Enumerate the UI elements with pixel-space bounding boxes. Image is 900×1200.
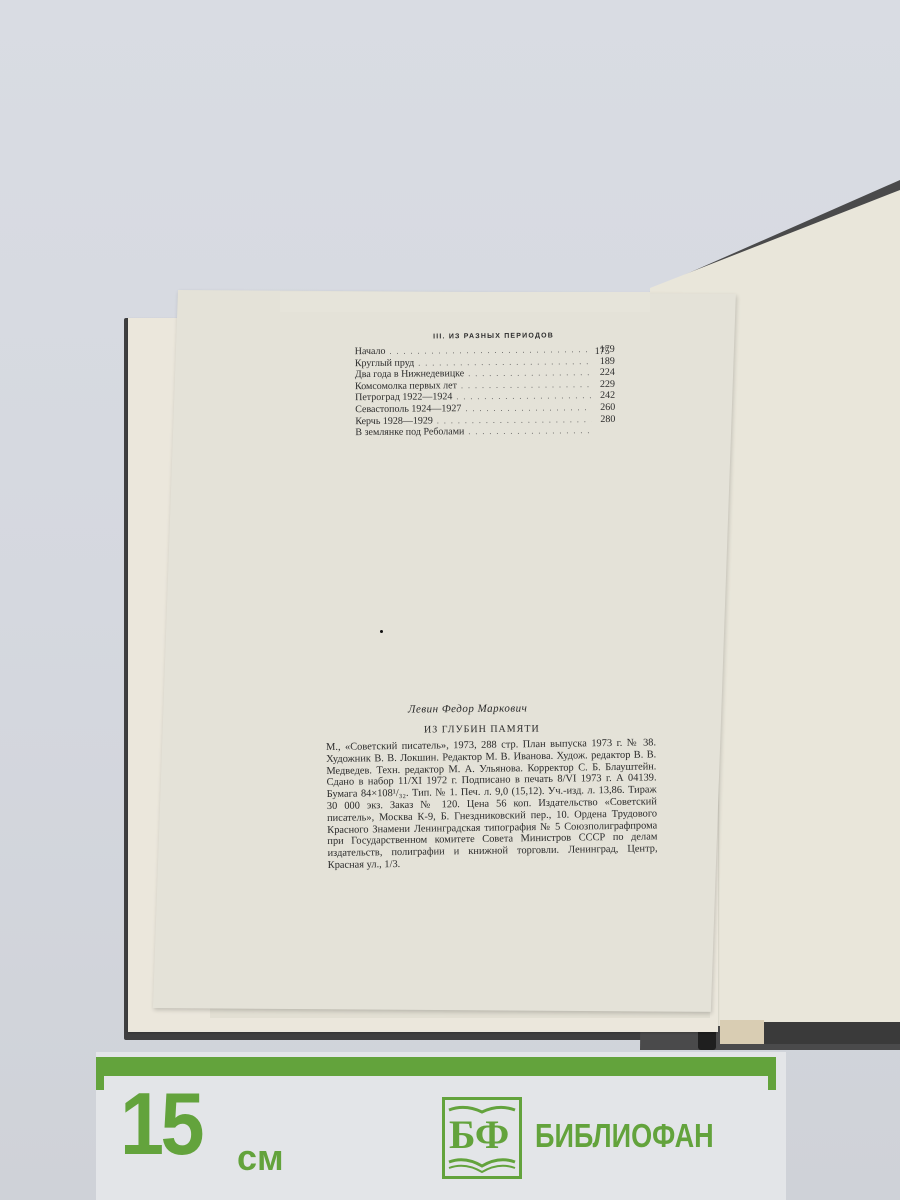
ruler-length-unit: см xyxy=(237,1140,284,1176)
book-title: ИЗ ГЛУБИН ПАМЯТИ xyxy=(424,723,540,735)
toc-entry-page: 242 xyxy=(591,390,615,402)
toc-entry-page: 224 xyxy=(591,367,615,379)
ruler-tick-left xyxy=(96,1057,104,1090)
table-of-contents: III. ИЗ РАЗНЫХ ПЕРИОДОВ 175 Начало......… xyxy=(355,332,616,439)
toc-section-page: 175 xyxy=(595,346,610,357)
ink-speck xyxy=(380,630,383,633)
toc-entry-title: Комсомолка первых лет xyxy=(355,380,457,392)
logo-letters: БФ xyxy=(449,1115,509,1155)
toc-entry: В землянке под Реболами.................… xyxy=(355,425,615,439)
toc-entry-page: 189 xyxy=(591,355,615,367)
spine-tab xyxy=(720,1020,764,1044)
toc-entry-title: В землянке под Реболами xyxy=(355,426,464,439)
toc-entry-page xyxy=(591,425,615,437)
imprint-block: М., «Советский писатель», 1973, 288 стр.… xyxy=(326,737,658,871)
toc-entry-page: 280 xyxy=(591,413,615,425)
toc-entry-title: Керчь 1928—1929 xyxy=(355,415,433,427)
toc-list: Начало..............................179 … xyxy=(355,344,616,439)
toc-entry-title: Два года в Нижнедевицке xyxy=(355,368,464,381)
toc-heading: III. ИЗ РАЗНЫХ ПЕРИОДОВ xyxy=(373,332,615,341)
toc-entry-title: Петроград 1922—1924 xyxy=(355,392,452,404)
author-name: Левин Федор Маркович xyxy=(408,702,527,715)
brand-name: БИБЛИОФАН xyxy=(535,1118,714,1154)
toc-entry-page: 260 xyxy=(591,402,615,414)
toc-entry-page: 229 xyxy=(591,379,615,391)
toc-entry-title: Круглый пруд xyxy=(355,357,414,369)
ruler-length-number: 15 xyxy=(120,1080,201,1168)
page-top-edge xyxy=(280,292,650,312)
toc-entry-title: Севастополь 1924—1927 xyxy=(355,403,461,416)
ruler-tick-right xyxy=(768,1057,776,1090)
toc-entry-title: Начало xyxy=(355,346,386,358)
leader-dots: .............................. xyxy=(464,425,591,438)
imprint-text: М., «Советский писатель», 1973, 288 стр.… xyxy=(326,737,658,871)
